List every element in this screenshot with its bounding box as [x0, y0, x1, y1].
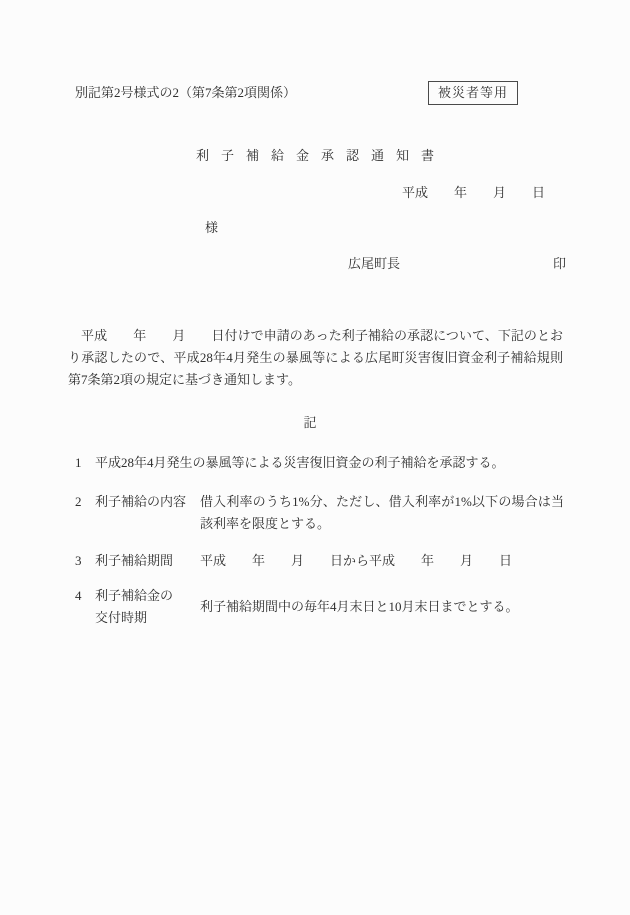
item-label: 利子補給の内容	[95, 491, 200, 513]
item-number: 1	[75, 452, 95, 474]
item-number: 4	[75, 585, 95, 607]
item-list: 1 平成28年4月発生の暴風等による災害復旧資金の利子補給を承認する。 2 利子…	[75, 452, 564, 629]
item-content: 平成 年 月 日から平成 年 月 日	[200, 550, 564, 572]
item-content: 平成28年4月発生の暴風等による災害復旧資金の利子補給を承認する。	[95, 452, 564, 474]
item-row-4: 4 利子補給金の 交付時期 利子補給期間中の毎年4月末日と10月末日までとする。	[75, 585, 564, 629]
issue-date-line: 平成 年 月 日	[0, 184, 630, 202]
record-heading: 記	[0, 414, 630, 432]
seal-mark: 印	[553, 255, 566, 273]
issuer-name: 広尾町長	[348, 255, 400, 273]
category-box: 被災者等用	[428, 81, 518, 105]
item-number: 3	[75, 550, 95, 572]
item-content: 借入利率のうち1%分、ただし、借入利率が1%以下の場合は当該利率を限度とする。	[200, 491, 564, 535]
addressee-honorific: 様	[0, 219, 630, 237]
body-paragraph: 平成 年 月 日付けで申請のあった利子補給の承認について、下記のとおり承認したの…	[68, 325, 563, 391]
item-label: 利子補給金の 交付時期	[95, 585, 200, 629]
form-number: 別記第2号様式の2（第7条第2項関係）	[75, 84, 296, 102]
item-label: 利子補給期間	[95, 550, 200, 572]
item-content: 利子補給期間中の毎年4月末日と10月末日までとする。	[200, 596, 564, 618]
document-page: 別記第2号様式の2（第7条第2項関係） 被災者等用 利子補給金承認通知書 平成 …	[0, 0, 630, 915]
document-header: 別記第2号様式の2（第7条第2項関係） 被災者等用	[0, 84, 630, 105]
issuer-line: 広尾町長 印	[0, 255, 630, 273]
item-number: 2	[75, 491, 95, 513]
item-row-2: 2 利子補給の内容 借入利率のうち1%分、ただし、借入利率が1%以下の場合は当該…	[75, 491, 564, 535]
item-row-3: 3 利子補給期間 平成 年 月 日から平成 年 月 日	[75, 550, 564, 572]
document-title: 利子補給金承認通知書	[0, 147, 630, 165]
item-row-1: 1 平成28年4月発生の暴風等による災害復旧資金の利子補給を承認する。	[75, 452, 564, 474]
